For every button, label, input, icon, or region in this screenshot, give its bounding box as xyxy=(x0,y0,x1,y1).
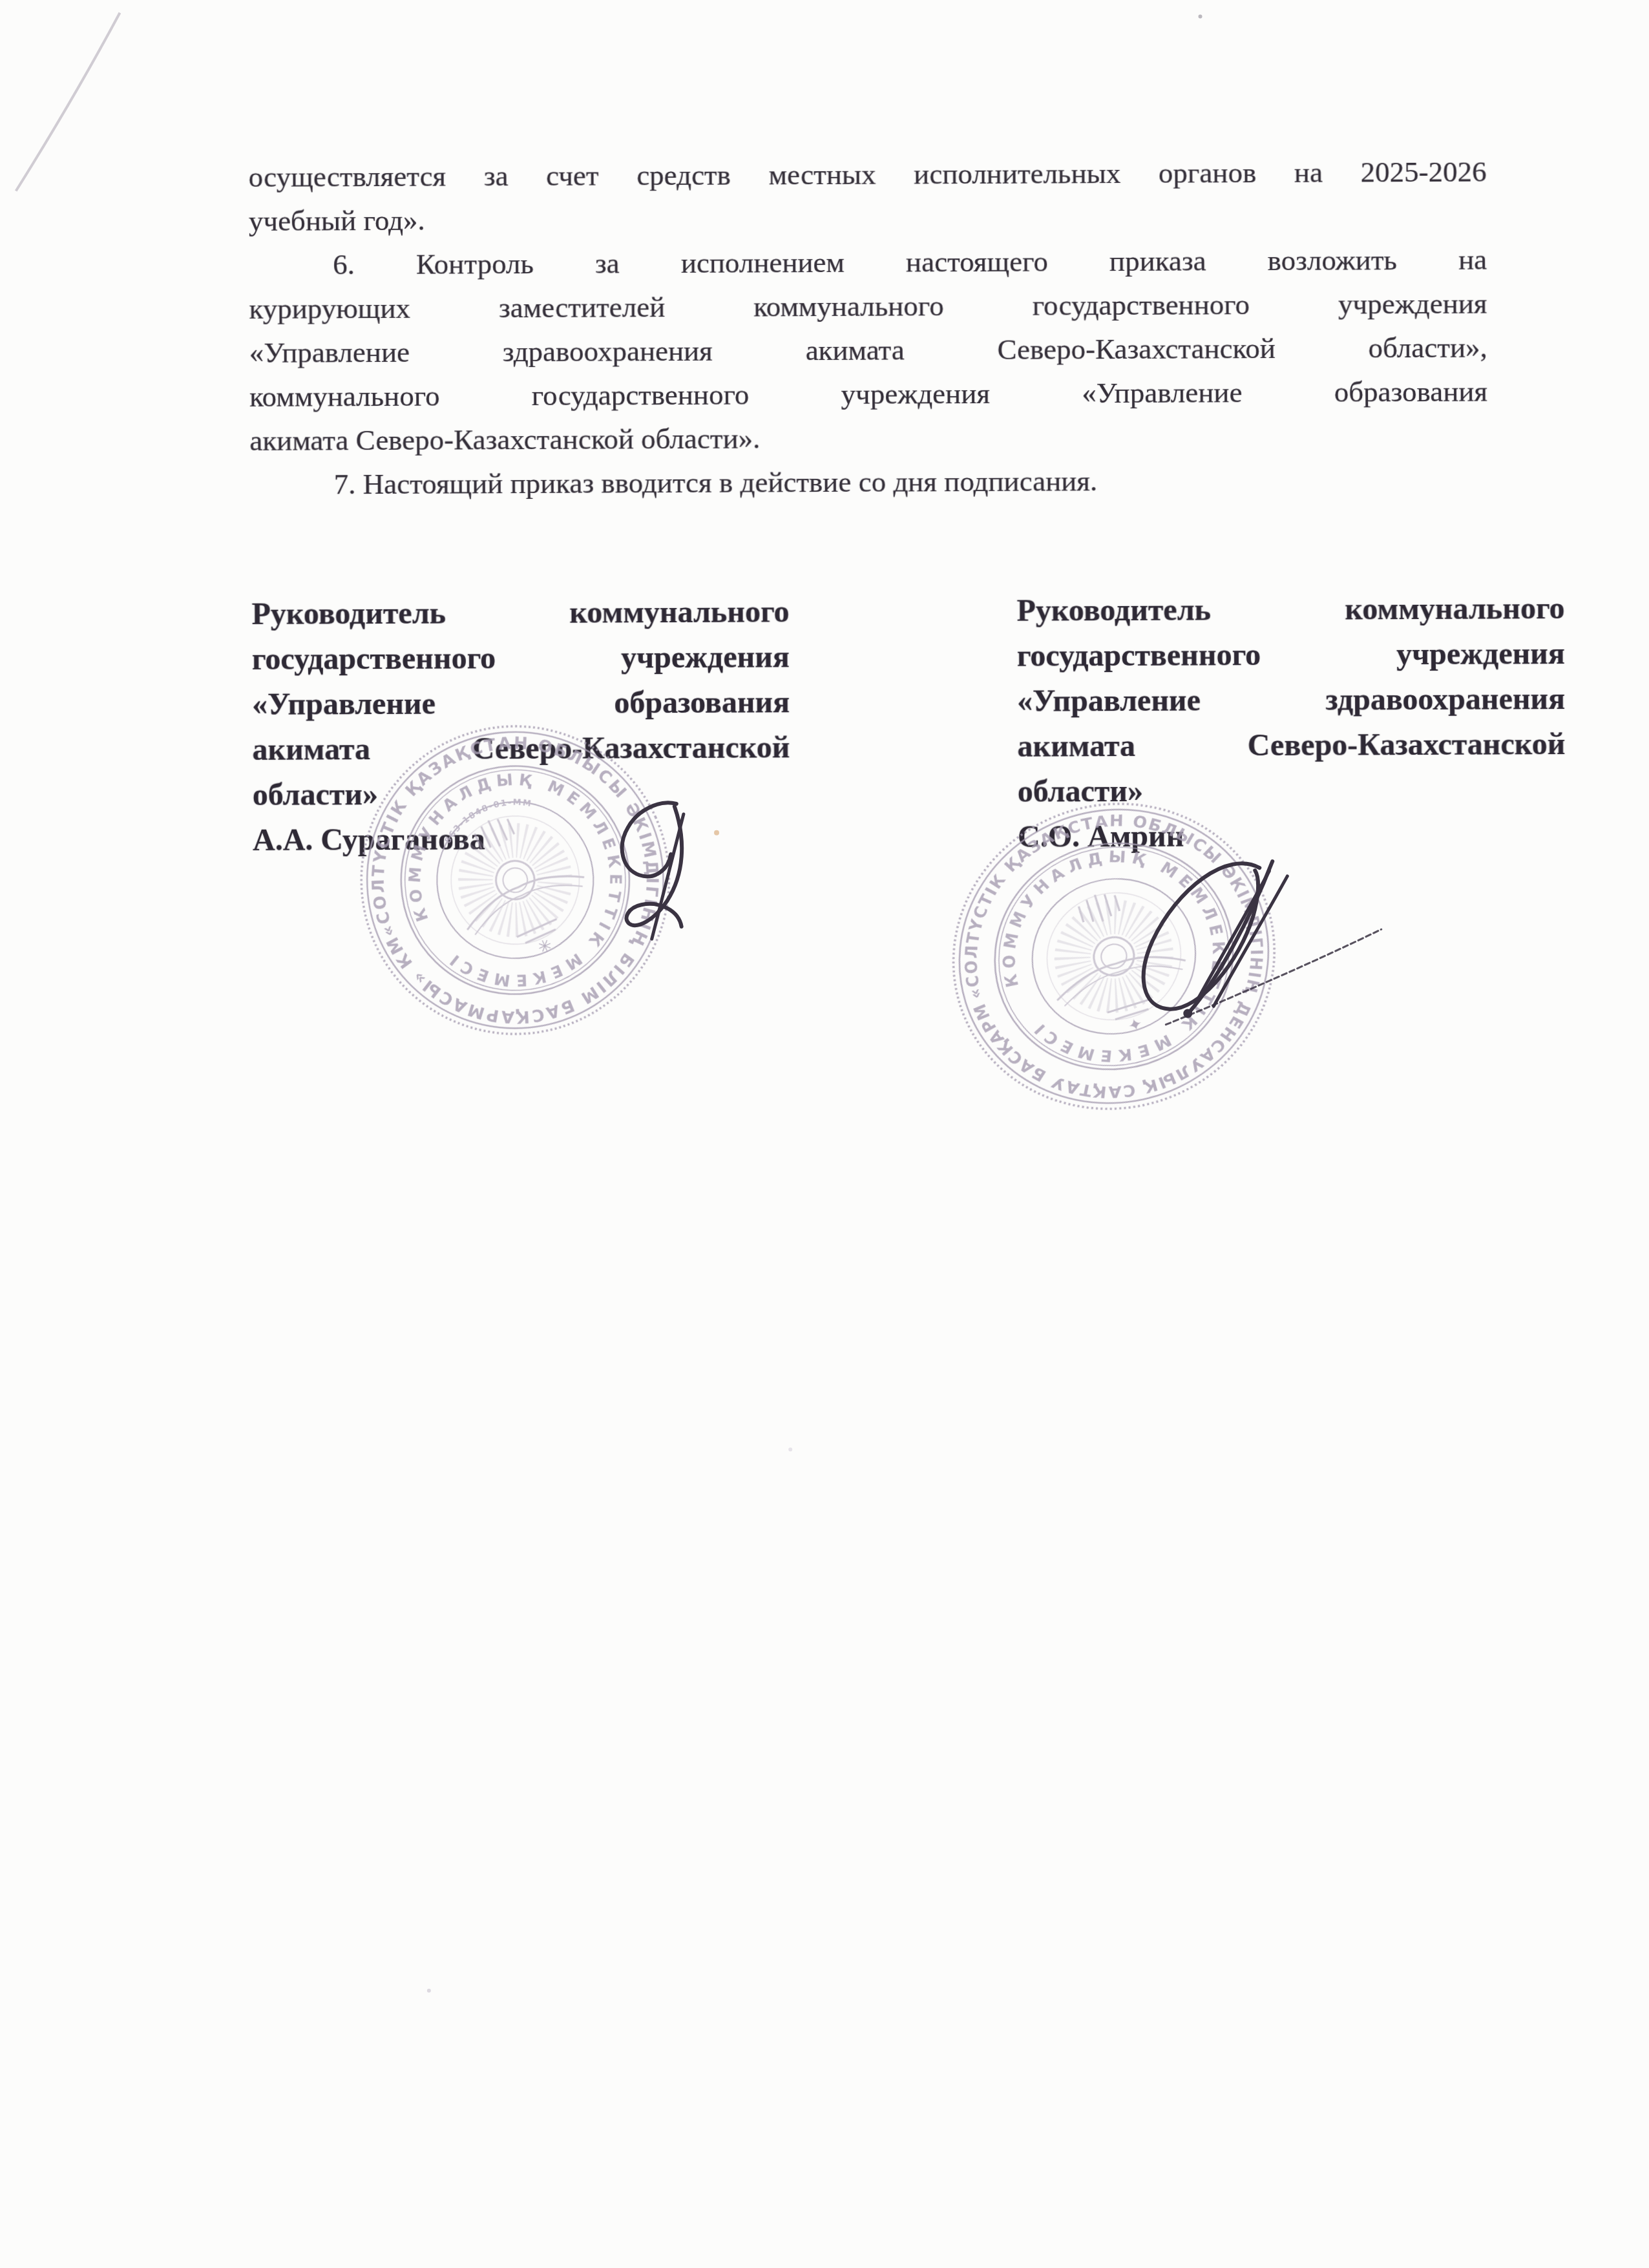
signer-title-line: акимата Северо-Казахстанской xyxy=(1017,722,1565,770)
signer-title-line: Руководитель коммунального xyxy=(251,589,789,637)
seal-bottom-symbol: ✦ xyxy=(1126,1014,1145,1036)
body-line-item-6: 6. Контроль за исполнением настоящего пр… xyxy=(249,238,1487,287)
body-line: курирующих заместителей коммунального го… xyxy=(249,282,1487,331)
coat-of-arms xyxy=(430,794,600,965)
dust-speck xyxy=(788,1447,792,1451)
dust-speck xyxy=(1199,14,1203,18)
body-line: учебный год». xyxy=(249,194,1487,243)
page-content: осуществляется за счет средств местных и… xyxy=(0,0,1649,2268)
scanned-document-page: осуществляется за счет средств местных и… xyxy=(0,0,1649,2268)
dust-speck xyxy=(427,1989,431,1993)
scan-crease-line xyxy=(15,13,120,191)
body-line-item-7: 7. Настоящий приказ вводится в действие … xyxy=(250,457,1488,507)
signer-title-line: «Управление здравоохранения xyxy=(1017,677,1565,724)
body-line: «Управление здравоохранения акимата Севе… xyxy=(249,326,1487,375)
body-line: осуществляется за счет средств местных и… xyxy=(248,150,1486,199)
signer-title-line: государственного учреждения xyxy=(1017,631,1565,679)
signer-title-line: Руководитель коммунального xyxy=(1016,586,1564,634)
body-line: коммунального государственного учреждени… xyxy=(249,370,1487,419)
body-line: акимата Северо-Казахстанской области». xyxy=(249,414,1487,463)
seal-outer-ring-text: «СОЛТҮСТІК ҚАЗАҚСТАН ОБЛЫСЫ ӘКІМДІГІНІҢ … xyxy=(907,756,1303,1147)
signer-title-line: государственного учреждения xyxy=(252,635,790,682)
order-body-text: осуществляется за счет средств местных и… xyxy=(248,150,1487,507)
